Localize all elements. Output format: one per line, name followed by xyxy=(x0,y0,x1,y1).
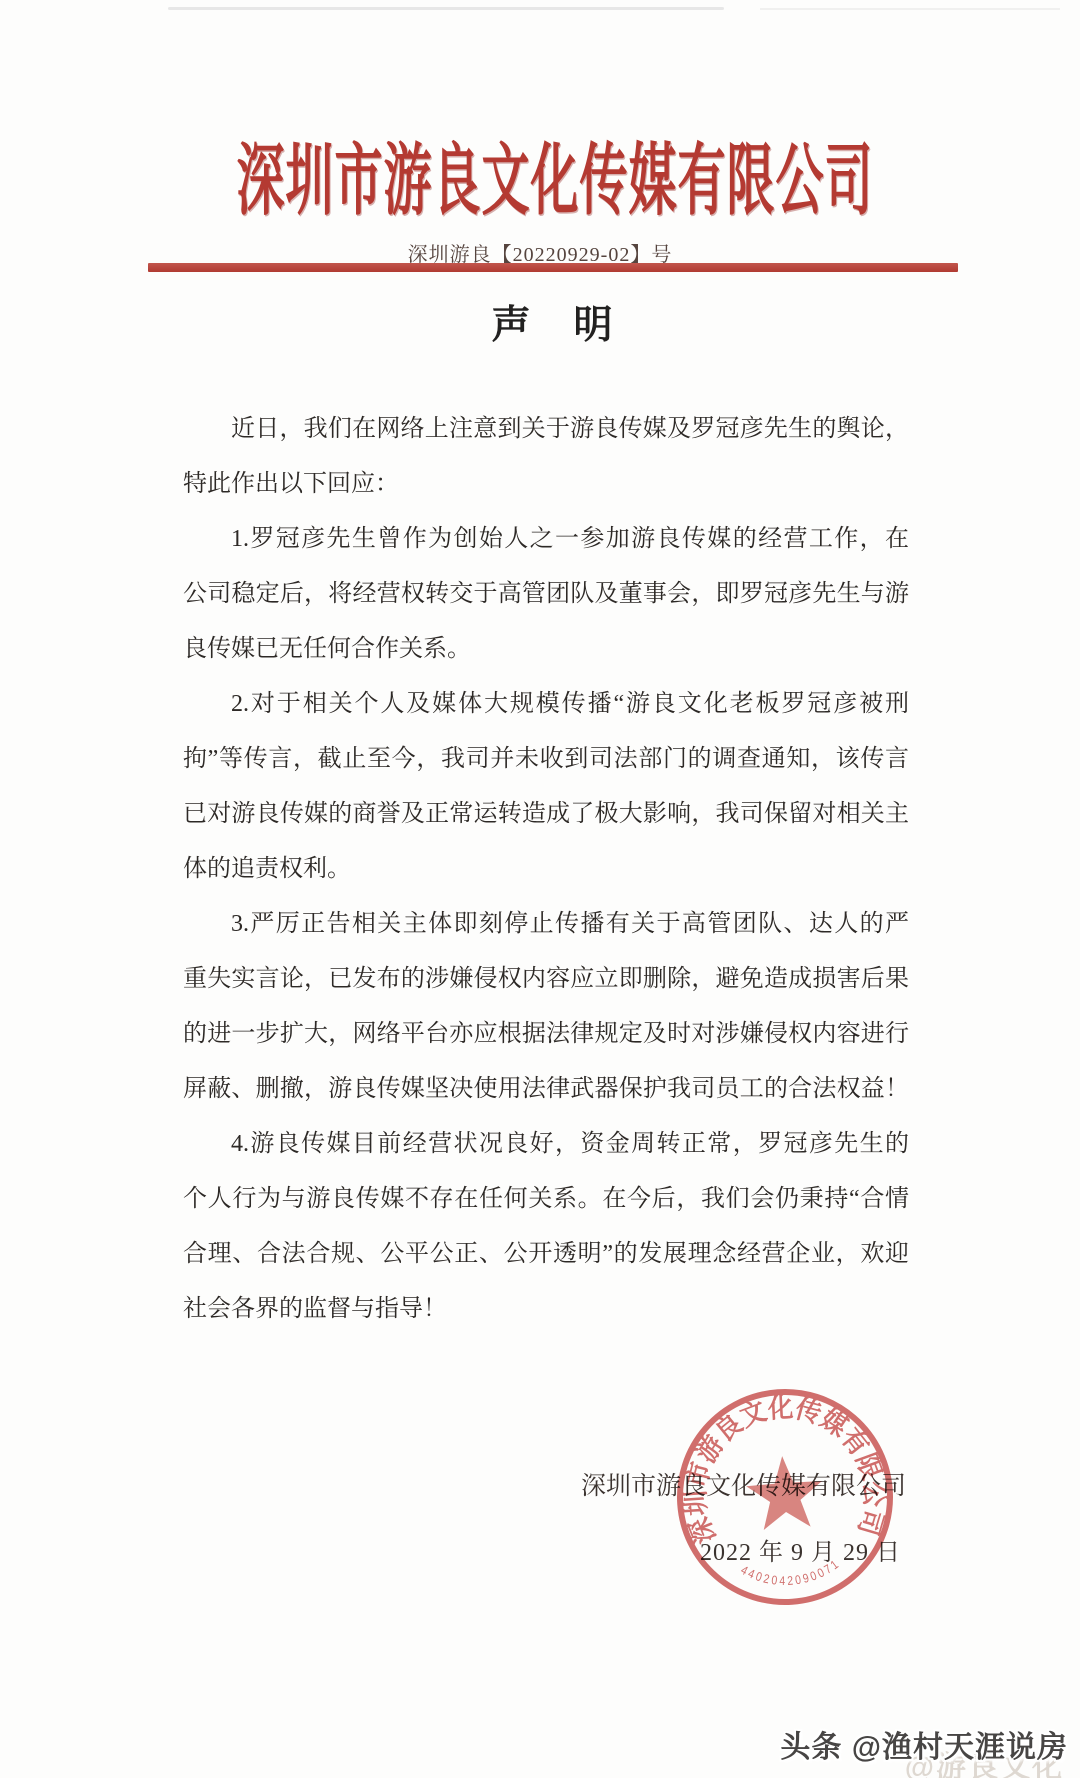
body-line: 4.游良传媒目前经营状况良好，资金周转正常，罗冠彦先生的 xyxy=(183,1117,909,1172)
seal-serial-number: 4402042090071 xyxy=(738,1556,845,1592)
statement-document-page: 深圳市游良文化传媒有限公司 深圳游良【20220929-02】号 声 明 近日，… xyxy=(0,0,1080,1778)
body-line: 已对游良传媒的商誉及正常运转造成了极大影响，我司保留对相关主 xyxy=(183,787,909,842)
letterhead-divider-rule xyxy=(148,263,958,272)
body-line: 合理、合法合规、公平公正、公开透明”的发展理念经营企业，欢迎 xyxy=(183,1227,909,1282)
toutiao-credit-watermark: 头条 @渔村天涯说房 xyxy=(780,1722,1068,1766)
body-line: 公司稳定后，将经营权转交于高管团队及董事会，即罗冠彦先生与游 xyxy=(183,567,909,622)
scan-artifact-line xyxy=(168,7,724,10)
body-line: 良传媒已无任何合作关系。 xyxy=(183,622,909,677)
body-line: 3.严厉正告相关主体即刻停止传播有关于高管团队、达人的严 xyxy=(183,897,909,952)
body-line: 体的追责权利。 xyxy=(183,842,909,897)
body-line: 的进一步扩大，网络平台亦应根据法律规定及时对涉嫌侵权内容进行 xyxy=(183,1007,909,1062)
body-line: 2.对于相关个人及媒体大规模传播“游良文化老板罗冠彦被刑 xyxy=(183,677,909,732)
scan-artifact-line-2 xyxy=(760,8,1060,10)
body-line: 特此作出以下回应： xyxy=(183,457,909,512)
statement-body: 近日，我们在网络上注意到关于游良传媒及罗冠彦先生的舆论， 特此作出以下回应： 1… xyxy=(183,402,909,1337)
body-line: 1.罗冠彦先生曾作为创始人之一参加游良传媒的经营工作，在 xyxy=(183,512,909,567)
document-title: 声 明 xyxy=(491,294,614,350)
body-line: 拘”等传言，截止至今，我司并未收到司法部门的调查通知，该传言 xyxy=(183,732,909,787)
company-seal: 深圳市游良文化传媒有限公司 4402042090071 xyxy=(660,1372,910,1622)
body-line: 社会各界的监督与指导！ xyxy=(183,1282,909,1337)
body-line: 重失实言论，已发布的涉嫌侵权内容应立即删除，避免造成损害后果 xyxy=(183,952,909,1007)
star-icon xyxy=(744,1453,825,1531)
body-line: 近日，我们在网络上注意到关于游良传媒及罗冠彦先生的舆论， xyxy=(183,402,909,457)
letterhead-company-name: 深圳市游良文化传媒有限公司 xyxy=(236,118,873,230)
body-line: 屏蔽、删撤，游良传媒坚决使用法律武器保护我司员工的合法权益！ xyxy=(183,1062,909,1117)
body-line: 个人行为与游良传媒不存在任何关系。在今后，我们会仍秉持“合情 xyxy=(183,1172,909,1227)
